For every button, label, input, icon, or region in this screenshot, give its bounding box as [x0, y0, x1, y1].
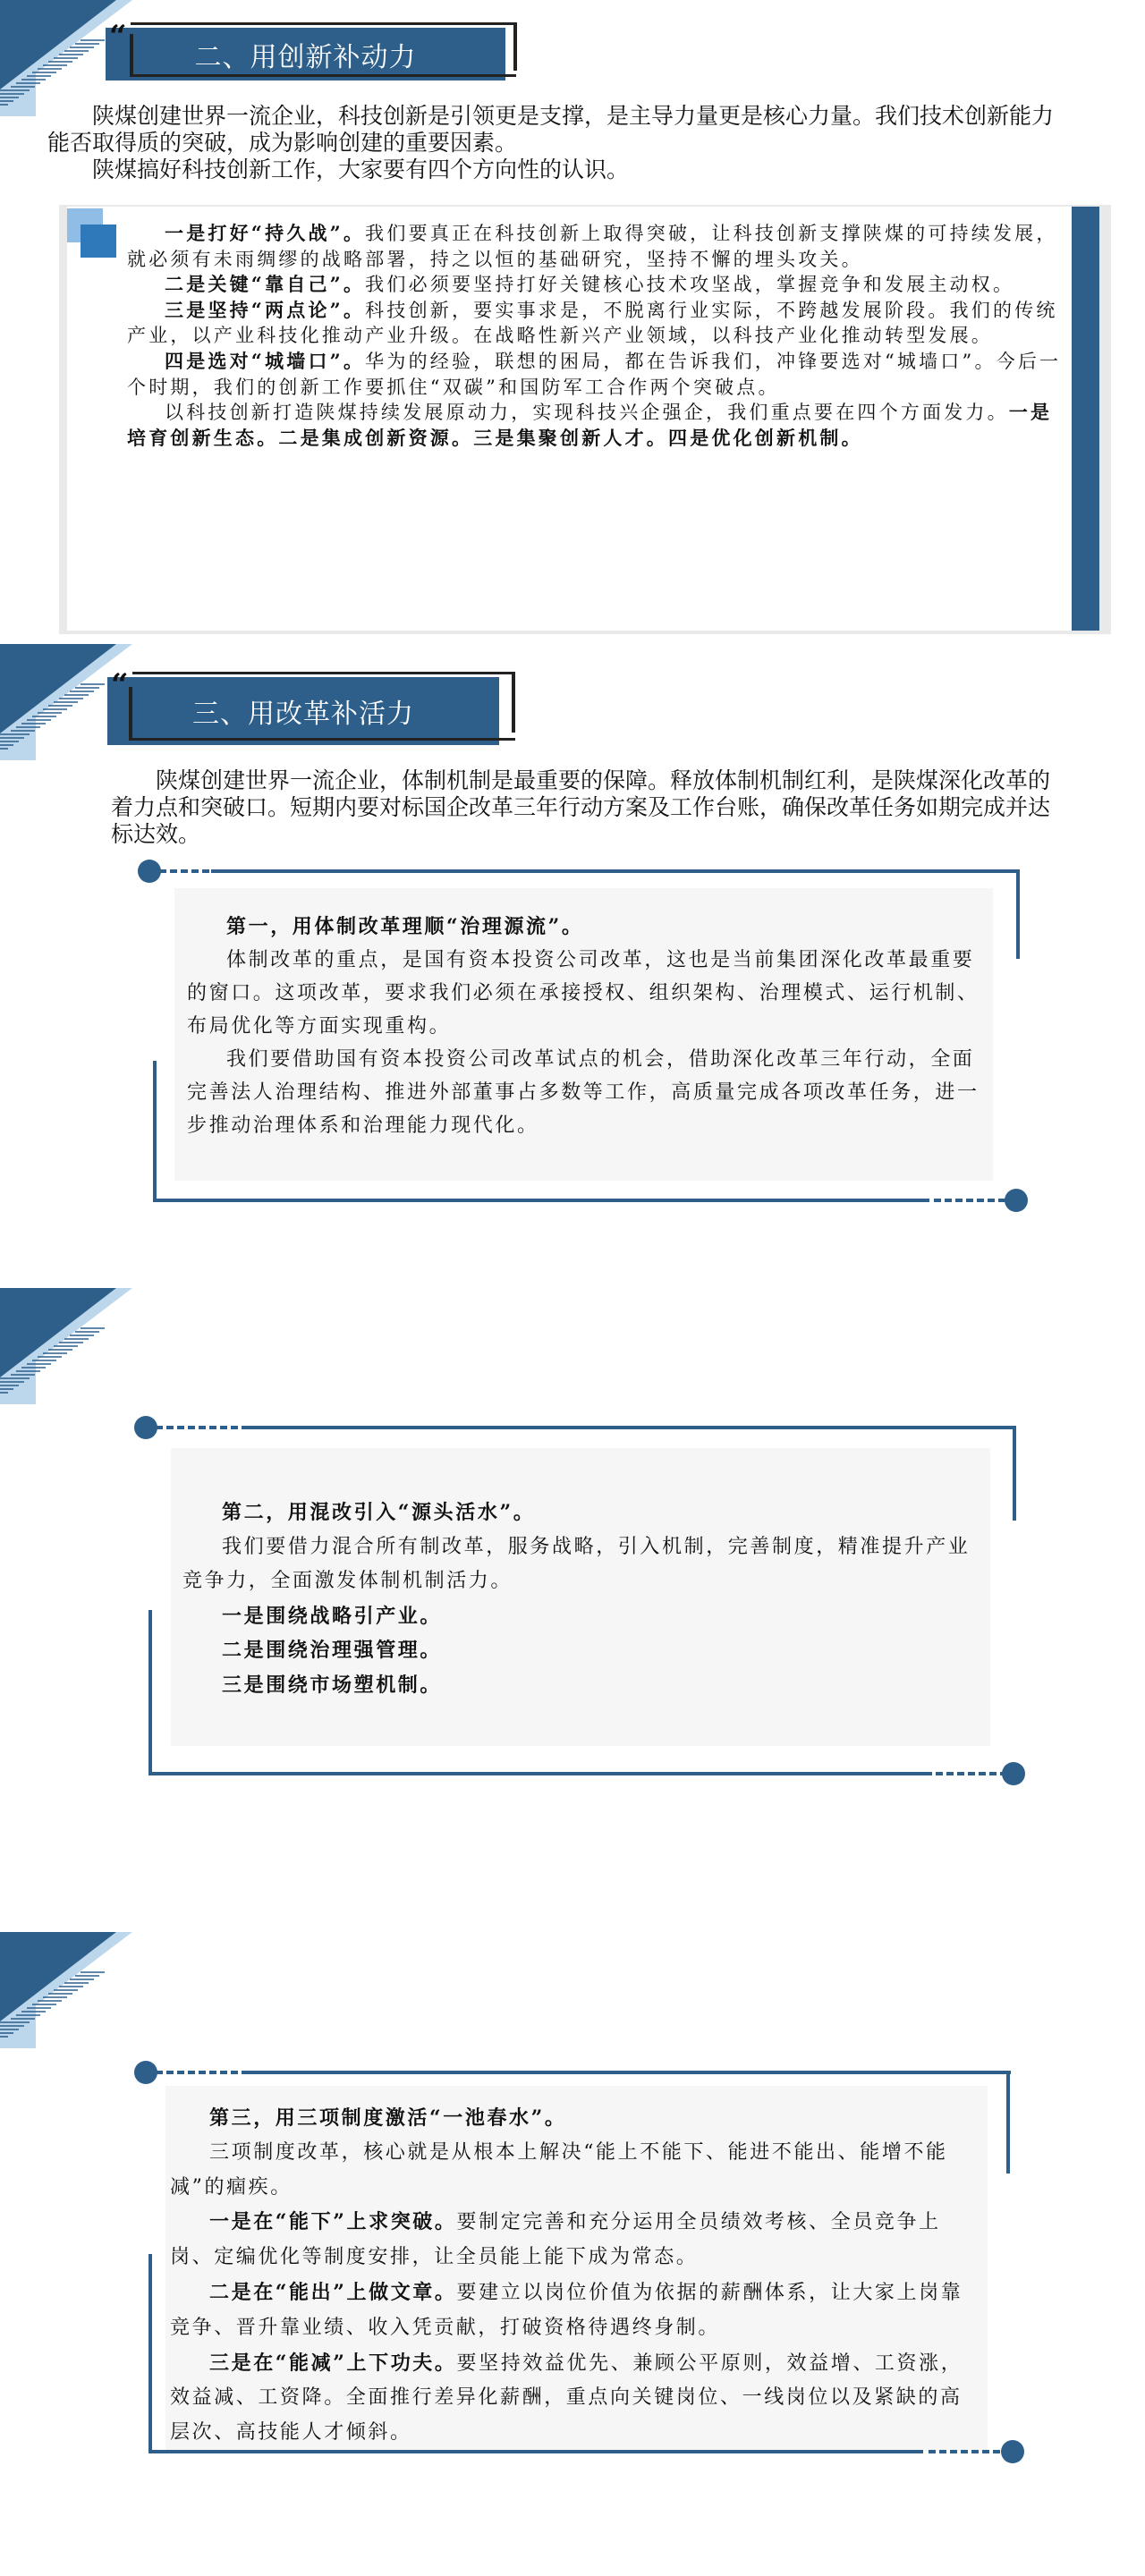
title-frame	[130, 74, 516, 77]
section-title: 三、用改革补活力	[107, 677, 499, 745]
card-border-left	[148, 1610, 152, 1775]
card-heading: 第三，用三项制度激活“一池春水”。	[170, 2101, 975, 2136]
point-lead: 三是在“能减”上下功夫。	[209, 2351, 457, 2375]
connector-dashes	[156, 2071, 242, 2074]
quote-mark-icon: “	[111, 670, 129, 700]
corner-decoration	[0, 1932, 143, 2048]
connector-dashes	[934, 1199, 1005, 1202]
title-frame	[512, 672, 515, 733]
connector-dashes	[936, 1772, 1004, 1775]
title-frame	[130, 34, 133, 77]
title-frame	[513, 22, 517, 71]
box-accent-bar	[1072, 207, 1099, 631]
point-paragraph: 一是打好“持久战”。我们要真正在科技创新上取得突破，让科技创新支撑陕煤的可持续发…	[127, 221, 1066, 272]
connector-dot-icon	[138, 860, 161, 883]
point-lead: 一是打好“持久战”。	[165, 222, 365, 244]
card-border-left	[148, 2254, 152, 2453]
title-frame	[129, 687, 132, 741]
corner-decoration	[0, 1288, 143, 1404]
connector-dashes	[156, 1426, 242, 1429]
connector-dot-icon	[1001, 2440, 1024, 2463]
section-intro: 陕煤创建世界一流企业，体制机制是最重要的保障。释放体制机制红利，是陕煤深化改革的…	[111, 767, 1059, 848]
card-border-left	[153, 1061, 157, 1202]
intro-paragraph: 陕煤创建世界一流企业，科技创新是引领更是支撑，是主导力量更是核心力量。我们技术创…	[47, 103, 1058, 157]
title-frame	[130, 738, 515, 741]
card-text: 第三，用三项制度激活“一池春水”。 三项制度改革，核心就是从根本上解决“能上不能…	[170, 2101, 975, 2451]
card-heading: 第二，用混改引入“源头活水”。	[182, 1496, 979, 1530]
card-paragraph: 体制改革的重点，是国有资本投资公司改革，这也是当前集团深化改革最重要的窗口。这项…	[187, 944, 983, 1043]
card-border-top	[242, 2071, 1011, 2074]
card-paragraph: 一是围绕战略引产业。	[182, 1599, 979, 1634]
connector-dot-icon	[1002, 1762, 1025, 1785]
card-border-top	[242, 1426, 1016, 1429]
point-paragraph: 四是选对“城墙口”。华为的经验，联想的困局，都在告诉我们，冲锋要选对“城墙口”。…	[127, 349, 1066, 400]
decorative-square-icon	[81, 225, 116, 258]
connector-dashes	[159, 869, 211, 873]
card-paragraph: 二是围绕治理强管理。	[182, 1633, 979, 1668]
card-text: 第一，用体制改革理顺“治理源流”。 体制改革的重点，是国有资本投资公司改革，这也…	[187, 911, 983, 1142]
connector-dot-icon	[134, 1416, 157, 1439]
point-text: 我们必须要坚持打好关键核心技术攻坚战，掌握竞争和发展主动权。	[365, 274, 1014, 295]
card-border-bottom	[148, 1772, 932, 1775]
card-paragraph: 二是在“能出”上做文章。要建立以岗位价值为依据的薪酬体系，让大家上岗靠竞争、晋升…	[170, 2275, 975, 2346]
card-border-right	[1006, 2071, 1010, 2173]
card-paragraph: 三是在“能减”上下功夫。要坚持效益优先、兼顾公平原则，效益增、工资涨，效益减、工…	[170, 2346, 975, 2451]
card-paragraph: 我们要借助国有资本投资公司改革试点的机会，借助深化改革三年行动，全面完善法人治理…	[187, 1043, 983, 1142]
title-frame	[131, 22, 515, 25]
section-title: 二、用创新补动力	[106, 28, 505, 80]
point-lead: 四是选对“城墙口”。	[165, 350, 365, 372]
card-border-top	[211, 869, 1020, 873]
card-border-bottom	[153, 1199, 929, 1202]
card-border-right	[1013, 1426, 1016, 1521]
quote-mark-icon: “	[109, 21, 127, 52]
intro-paragraph: 陕煤搞好科技创新工作，大家要有四个方向性的认识。	[47, 157, 1058, 183]
point-text: 以科技创新打造陕煤持续发展原动力，实现科技兴企强企，我们重点要在四个方面发力。	[165, 402, 1009, 423]
point-lead: 一是在“能下”上求突破。	[209, 2210, 457, 2233]
connector-dot-icon	[134, 2061, 157, 2084]
point-paragraph: 三是坚持“两点论”。科技创新，要实事求是，不脱离行业实际，不跨越发展阶段。我们的…	[127, 298, 1066, 349]
point-lead: 三是坚持“两点论”。	[165, 299, 365, 321]
intro-paragraph: 陕煤创建世界一流企业，体制机制是最重要的保障。释放体制机制红利，是陕煤深化改革的…	[111, 767, 1059, 848]
innovation-points-text: 一是打好“持久战”。我们要真正在科技创新上取得突破，让科技创新支撑陕煤的可持续发…	[127, 221, 1066, 451]
card-paragraph: 三是围绕市场塑机制。	[182, 1668, 979, 1703]
card-paragraph: 三项制度改革，核心就是从根本上解决“能上不能下、能进不能出、能增不能减”的痼疾。	[170, 2136, 975, 2206]
card-heading: 第一，用体制改革理顺“治理源流”。	[187, 911, 983, 944]
section-intro: 陕煤创建世界一流企业，科技创新是引领更是支撑，是主导力量更是核心力量。我们技术创…	[47, 103, 1058, 183]
card-paragraph: 一是在“能下”上求突破。要制定完善和充分运用全员绩效考核、全员竞争上岗、定编优化…	[170, 2205, 975, 2275]
connector-dot-icon	[1005, 1189, 1028, 1212]
point-paragraph: 以科技创新打造陕煤持续发展原动力，实现科技兴企强企，我们重点要在四个方面发力。一…	[127, 400, 1066, 451]
title-frame	[132, 672, 515, 674]
card-text: 第二，用混改引入“源头活水”。 我们要借力混合所有制改革，服务战略，引入机制，完…	[182, 1496, 979, 1702]
point-lead: 二是在“能出”上做文章。	[209, 2281, 457, 2304]
point-lead: 二是关键“靠自己”。	[165, 273, 365, 295]
point-paragraph: 二是关键“靠自己”。我们必须要坚持打好关键核心技术攻坚战，掌握竞争和发展主动权。	[127, 272, 1066, 298]
card-border-right	[1016, 869, 1020, 959]
card-paragraph: 我们要借力混合所有制改革，服务战略，引入机制，完善制度，精准提升产业竞争力，全面…	[182, 1530, 979, 1599]
